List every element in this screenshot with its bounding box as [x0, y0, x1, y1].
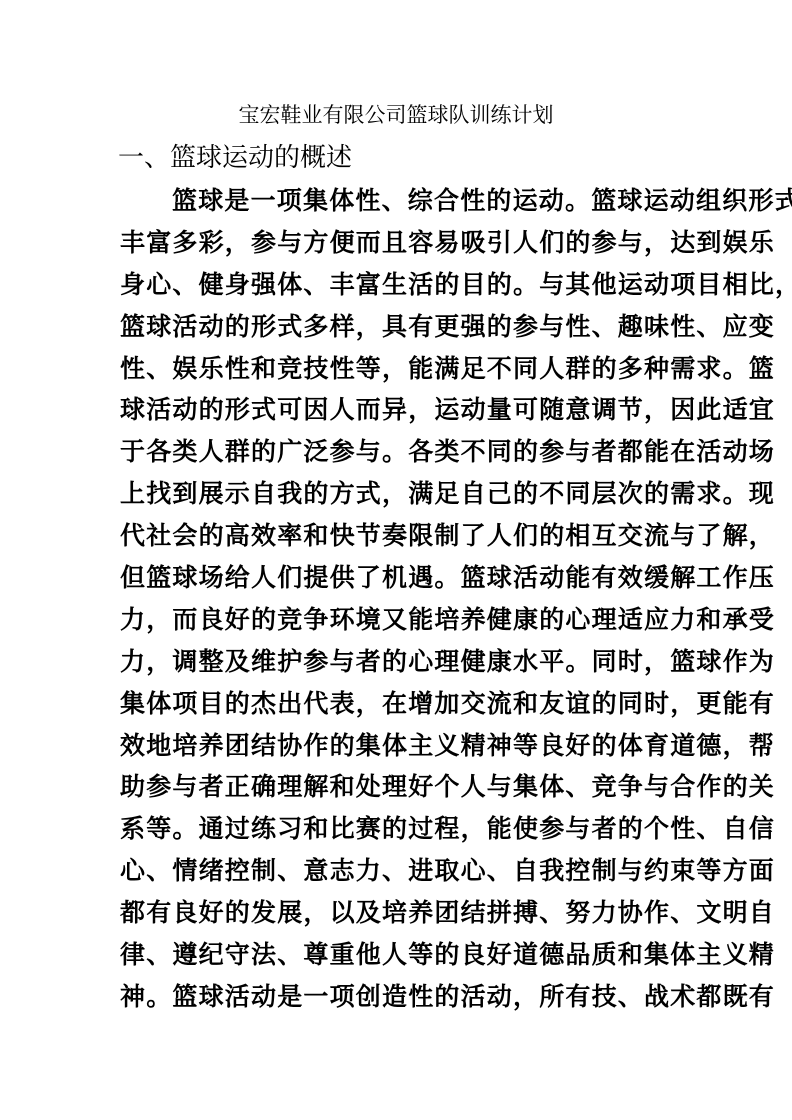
body-line: 篮球活动的形式多样，具有更强的参与性、趣味性、应变 — [120, 306, 680, 348]
body-line: 心、情绪控制、意志力、进取心、自我控制与约束等方面 — [120, 850, 680, 892]
body-line: 于各类人群的广泛参与。各类不同的参与者都能在活动场 — [120, 431, 680, 473]
document-title: 宝宏鞋业有限公司篮球队训练计划 — [0, 100, 792, 130]
body-line: 力，而良好的竞争环境又能培养健康的心理适应力和承受 — [120, 599, 680, 641]
body-line: 力，调整及维护参与者的心理健康水平。同时，篮球作为 — [120, 641, 680, 683]
body-line: 都有良好的发展，以及培养团结拼搏、努力协作、文明自 — [120, 892, 680, 934]
body-line: 上找到展示自我的方式，满足自己的不同层次的需求。现 — [120, 473, 680, 515]
body-line: 丰富多彩，参与方便而且容易吸引人们的参与，达到娱乐 — [120, 222, 680, 264]
body-line: 性、娱乐性和竞技性等，能满足不同人群的多种需求。篮 — [120, 348, 680, 390]
body-line: 系等。通过练习和比赛的过程，能使参与者的个性、自信 — [120, 808, 680, 850]
body-line: 身心、健身强体、丰富生活的目的。与其他运动项目相比， — [120, 264, 680, 306]
document-page: 宝宏鞋业有限公司篮球队训练计划 一、篮球运动的概述 篮球是一项集体性、综合性的运… — [0, 0, 792, 1120]
body-line: 但篮球场给人们提供了机遇。篮球活动能有效缓解工作压 — [120, 557, 680, 599]
body-line: 律、遵纪守法、尊重他人等的良好道德品质和集体主义精 — [120, 934, 680, 976]
body-line: 代社会的高效率和快节奏限制了人们的相互交流与了解， — [120, 515, 680, 557]
body-line: 神。篮球活动是一项创造性的活动，所有技、战术都既有 — [120, 976, 680, 1018]
body-line: 集体项目的杰出代表，在增加交流和友谊的同时，更能有 — [120, 683, 680, 725]
body-line: 球活动的形式可因人而异，运动量可随意调节，因此适宜 — [120, 389, 680, 431]
section-heading: 一、篮球运动的概述 — [118, 140, 352, 176]
body-paragraph: 篮球是一项集体性、综合性的运动。篮球运动组织形式 丰富多彩，参与方便而且容易吸引… — [120, 180, 680, 1018]
body-line: 效地培养团结协作的集体主义精神等良好的体育道德，帮 — [120, 725, 680, 767]
body-line: 助参与者正确理解和处理好个人与集体、竞争与合作的关 — [120, 766, 680, 808]
body-line: 篮球是一项集体性、综合性的运动。篮球运动组织形式 — [120, 180, 680, 222]
